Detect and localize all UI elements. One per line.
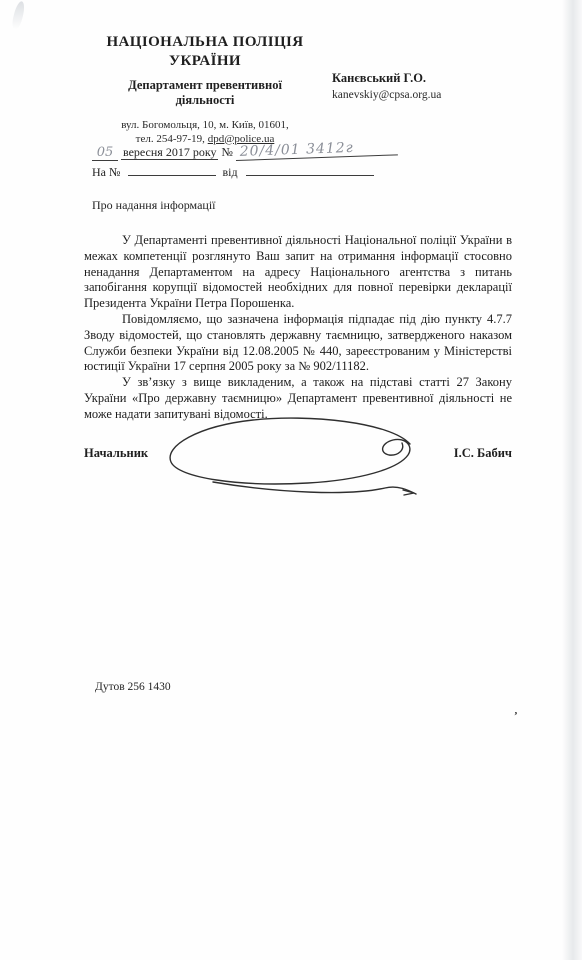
- recipient-name: Канєвський Г.О.: [332, 71, 441, 86]
- recipient-email: kanevskiy@cpsa.org.ua: [332, 89, 441, 101]
- org-phone: тел. 254-97-19,: [136, 133, 208, 145]
- signature-row: Начальник І.С. Бабич: [84, 446, 512, 461]
- reply-from-label: від: [222, 165, 237, 179]
- body-paragraph-1: У Департаменті превентивної діяльності Н…: [84, 233, 512, 312]
- letter-body: У Департаменті превентивної діяльності Н…: [84, 233, 512, 423]
- recipient-block: Канєвський Г.О. kanevskiy@cpsa.org.ua: [332, 71, 441, 101]
- reply-reference-line: На №від: [92, 163, 374, 180]
- number-sign: №: [221, 145, 232, 159]
- signer-title: Начальник: [84, 446, 148, 461]
- handwritten-day: 05: [92, 145, 118, 161]
- letterhead-org-block: НАЦІОНАЛЬНА ПОЛІЦІЯ УКРАЇНИ Департамент …: [84, 33, 326, 146]
- date-reference-line: 05 вересня 2017 року № 20/4/01 3412г: [92, 144, 398, 161]
- reply-number-blank: [128, 163, 216, 176]
- scan-artifact-smudge: [11, 0, 27, 29]
- subject-line: Про надання інформації: [92, 198, 216, 213]
- body-paragraph-3: У зв’язку з вище викладеним, а також на …: [84, 375, 512, 422]
- signer-name: І.С. Бабич: [454, 446, 512, 461]
- reply-date-blank: [246, 163, 374, 176]
- date-label: вересня 2017 року: [121, 145, 218, 160]
- org-name-line2: УКРАЇНИ: [84, 52, 326, 71]
- body-paragraph-2: Повідомляємо, що зазначена інформація пі…: [84, 312, 512, 375]
- scan-artifact-edge: [562, 0, 582, 960]
- dept-name-line2: діяльності: [84, 93, 326, 108]
- executor-note: Дутов 256 1430: [95, 681, 171, 693]
- scanned-letter-page: НАЦІОНАЛЬНА ПОЛІЦІЯ УКРАЇНИ Департамент …: [0, 0, 582, 960]
- org-name-line1: НАЦІОНАЛЬНА ПОЛІЦІЯ: [84, 33, 326, 52]
- scan-artifact-mark: ’: [514, 710, 518, 722]
- reply-prefix-label: На №: [92, 165, 120, 179]
- dept-name-line1: Департамент превентивної: [84, 78, 326, 93]
- org-address-line1: вул. Богомольця, 10, м. Київ, 01601,: [84, 119, 326, 133]
